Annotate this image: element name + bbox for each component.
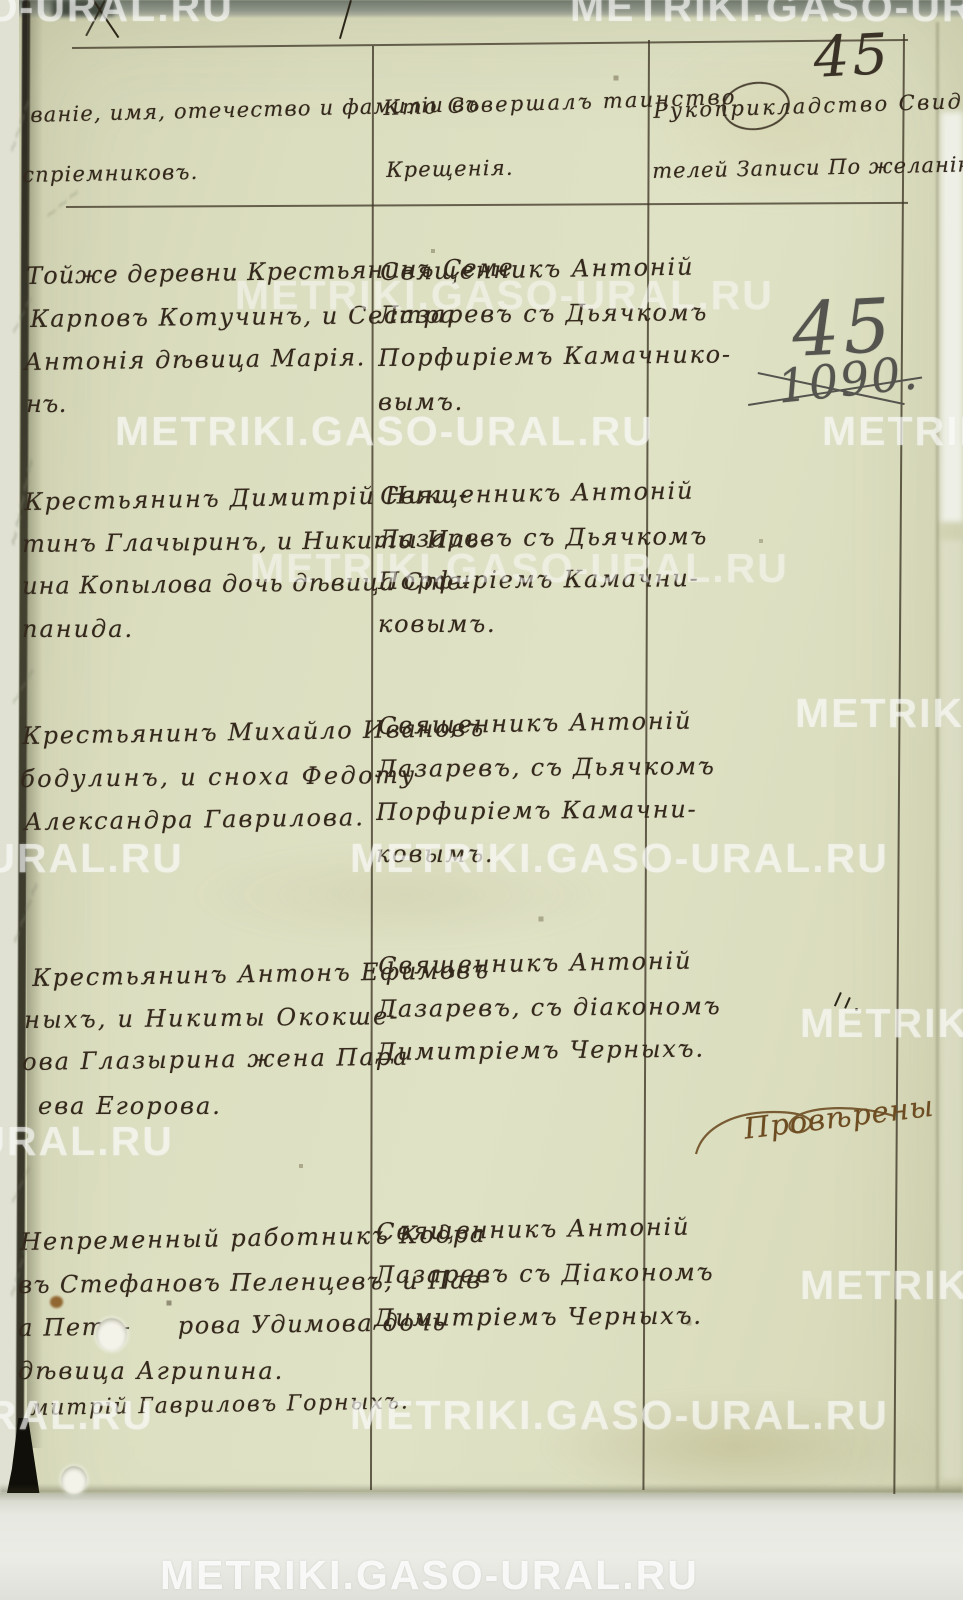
- header-col1-line2: спріемниковъ.: [22, 160, 199, 187]
- ink-tick-dot: [855, 1008, 858, 1011]
- record-line: Священникъ Антоній: [380, 477, 694, 510]
- scanned-page: ваніе, имя, отечество и фамиліи въ спріе…: [0, 0, 963, 1600]
- record-line: Лазаревъ, съ Дьячкомъ: [376, 752, 716, 783]
- record-line: Лазаревъ съ Дьячкомъ: [378, 298, 708, 329]
- page-bottom-shadow: [0, 1484, 963, 1493]
- hole-punch: [96, 1318, 127, 1351]
- record-line: Порфиріемъ Камачнико-: [378, 340, 732, 372]
- record-line: ковымъ.: [376, 840, 494, 868]
- header-col2-line2: Крещенія.: [386, 156, 514, 182]
- record-line: бодулинъ, и сноха Федоту: [20, 761, 417, 793]
- record-line: Священникъ Антоній: [376, 1213, 690, 1246]
- record-line: ныхъ, и Никиты Ококше-: [24, 1002, 400, 1034]
- bottom-scan-band: [0, 1493, 963, 1600]
- record-line: вымъ.: [378, 388, 464, 416]
- folio-number-ink: 45: [812, 22, 893, 91]
- record-line: Священникъ Антоній: [378, 707, 692, 740]
- top-scan-edge: [0, 0, 963, 18]
- record-line: нъ.: [26, 390, 67, 418]
- record-line: Димитріемъ Черныхъ.: [376, 1035, 705, 1066]
- record-line: Антонія дѣвица Марія.: [24, 343, 366, 376]
- record-line: Александра Гаврилова.: [24, 803, 365, 836]
- record-line: дѣвица Агрипина.: [18, 1357, 284, 1385]
- record-line: ева Егорова.: [38, 1092, 222, 1120]
- record-line: Лазаревъ съ Діакономъ: [374, 1258, 714, 1289]
- right-paper-crease: [936, 22, 939, 1490]
- record-line: Порфиріемъ Камачни-: [376, 795, 698, 826]
- record-line: Димитріемъ Черныхъ.: [374, 1302, 703, 1332]
- hole-punch: [61, 1466, 87, 1494]
- record-line: Священникъ Антоній: [378, 947, 692, 980]
- record-line: ова Глазырина жена Пара: [22, 1043, 410, 1076]
- right-white-strip: [941, 540, 963, 1480]
- record-line: Священникъ Антоній: [380, 253, 694, 286]
- record-line: Порфиріемъ Камачни-: [378, 564, 700, 595]
- record-line: ковымъ.: [378, 610, 496, 638]
- record-line: Лазаревъ съ Дьячкомъ: [378, 522, 708, 553]
- record-line: Лазаревъ, съ діакономъ: [376, 992, 722, 1023]
- record-line: панида.: [22, 615, 134, 643]
